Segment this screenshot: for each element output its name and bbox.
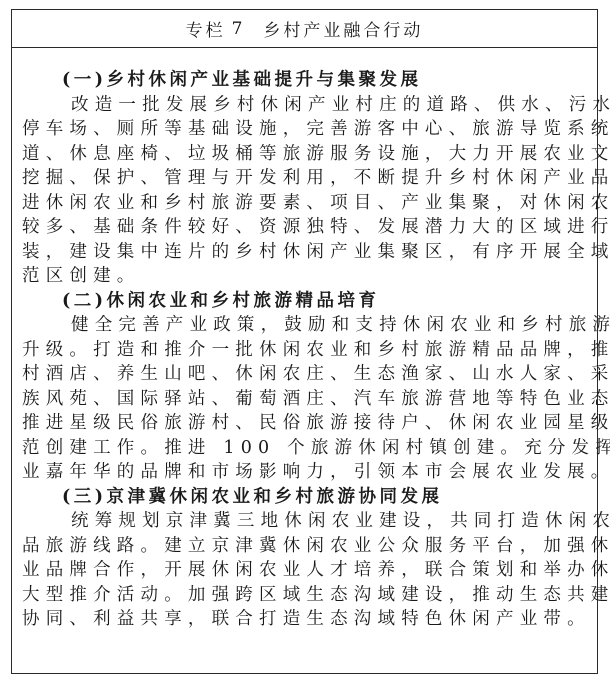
paragraph-line: 健全完善产业政策，鼓励和支持休闲农业和乡村旅游提档 [22, 313, 589, 338]
column-title-prefix: 专栏 [186, 16, 226, 41]
paragraph-line: 停车场、厕所等基础设施，完善游客中心、旅游导览系统、旅游步 [22, 117, 589, 142]
paragraph-line: 村酒店、养生山吧、休闲农庄、生态渔家、山水人家、采摘篱园、民 [22, 362, 589, 387]
paragraph-line: 装，建设集中连片的乡村休闲产业集聚区，有序开展全域旅游示 [22, 240, 589, 265]
paragraph-line: 道、休息座椅、垃圾桶等旅游服务设施，大力开展农业文化遗产 [22, 142, 589, 167]
paragraph-line: 品旅游线路。建立京津冀休闲农业公众服务平台，加强休闲农 [22, 534, 589, 559]
paragraph-line: 业嘉年华的品牌和市场影响力，引领本市会展农业发展。 [22, 460, 589, 485]
paragraph-line: 大型推介活动。加强跨区域生态沟域建设，推动生态共建、产业 [22, 583, 589, 608]
column-title-number: 7 [232, 19, 246, 39]
section-heading-2: (二)休闲农业和乡村旅游精品培育 [22, 289, 589, 314]
paragraph-line: 业品牌合作，开展休闲农业人才培养，联合策划和举办休闲农业 [22, 558, 589, 583]
column-title: 专栏 7 乡村产业融合行动 [12, 10, 597, 48]
paragraph-line: 范创建工作。推进 100 个旅游休闲村镇创建。充分发挥北京农 [22, 436, 589, 461]
column-box: 专栏 7 乡村产业融合行动 (一)乡村休闲产业基础提升与集聚发展 改造一批发展乡… [11, 9, 598, 674]
paragraph-line: 推进星级民俗旅游村、民俗旅游接待户、休闲农业园星级园区示 [22, 411, 589, 436]
paragraph-line: 统筹规划京津冀三地休闲农业建设，共同打造休闲农业精 [22, 509, 589, 534]
section-heading-1: (一)乡村休闲产业基础提升与集聚发展 [22, 68, 589, 93]
paragraph-line: 范区创建。 [22, 264, 589, 289]
paragraph-line: 升级。打造和推介一批休闲农业和乡村旅游精品品牌，推进乡 [22, 338, 589, 363]
paragraph-line: 协同、利益共享，联合打造生态沟域特色休闲产业带。 [22, 607, 589, 632]
paragraph-line: 挖掘、保护、管理与开发利用，不断提升乡村休闲产业品质。推 [22, 166, 589, 191]
paragraph-line: 较多、基础条件较好、资源独特、发展潜力大的区域进行整体包 [22, 215, 589, 240]
column-content: (一)乡村休闲产业基础提升与集聚发展 改造一批发展乡村休闲产业村庄的道路、供水、… [12, 48, 597, 632]
section-heading-3: (三)京津冀休闲农业和乡村旅游协同发展 [22, 485, 589, 510]
paragraph-line: 进休闲农业和乡村旅游要素、项目、产业集聚，对休闲农业园区 [22, 191, 589, 216]
paragraph-line: 族风苑、国际驿站、葡萄酒庄、汽车旅游营地等特色业态发展。 [22, 387, 589, 412]
paragraph-line: 改造一批发展乡村休闲产业村庄的道路、供水、污水处理、 [22, 93, 589, 118]
column-title-text: 乡村产业融合行动 [263, 16, 423, 41]
